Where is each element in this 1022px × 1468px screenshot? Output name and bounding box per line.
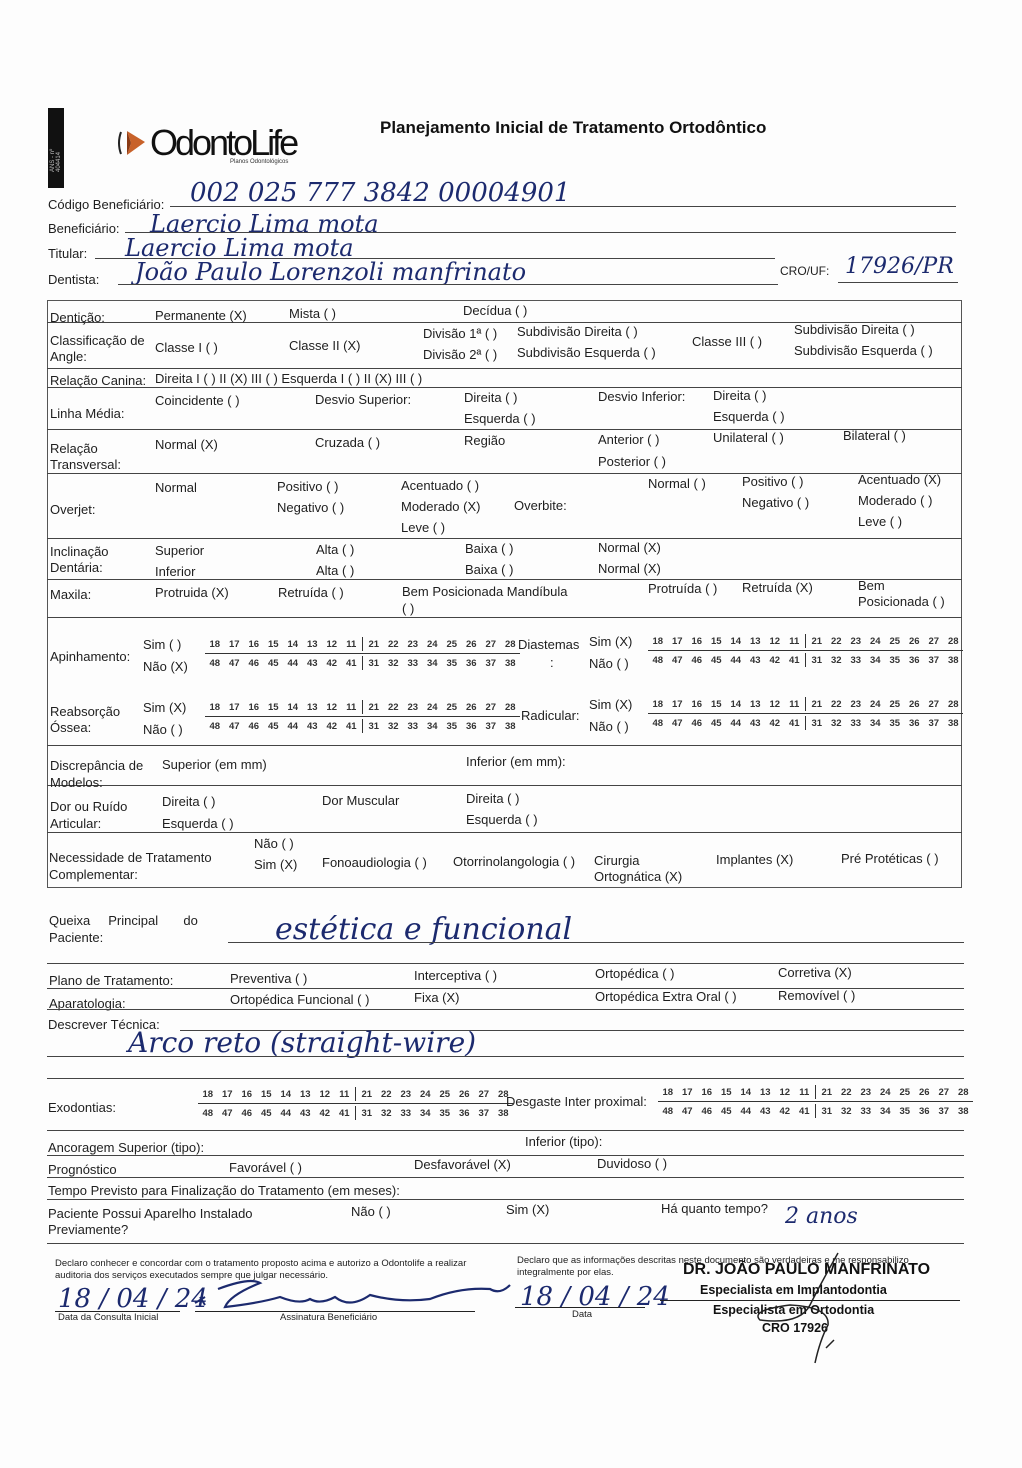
tooth-27[interactable]: 27 [924,699,944,710]
tooth-midline [815,1085,816,1099]
tooth-46[interactable]: 46 [687,655,707,666]
tooth-46[interactable]: 46 [244,721,264,732]
tooth-21[interactable]: 21 [364,639,384,650]
tooth-46[interactable]: 46 [244,658,264,669]
tooth-24[interactable]: 24 [423,639,443,650]
tooth-33[interactable]: 33 [396,1108,416,1119]
checkbox-overjet-negativo[interactable]: Negativo ( ) [277,500,344,515]
checkbox-reabsorcao-sim[interactable]: Sim (X) [143,700,186,715]
tooth-35[interactable]: 35 [435,1108,455,1119]
tooth-17[interactable]: 17 [668,699,688,710]
checkbox-overbite-normal[interactable]: Normal ( ) [648,476,706,491]
tooth-25[interactable]: 25 [442,702,462,713]
checkbox-sup-normal[interactable]: Normal (X) [598,540,661,555]
checkbox-reabsorcao-nao[interactable]: Não ( ) [143,722,183,737]
tooth-41[interactable]: 41 [335,1108,355,1119]
tooth-44[interactable]: 44 [283,658,303,669]
tooth-35[interactable]: 35 [885,718,905,729]
tooth-17[interactable]: 17 [668,636,688,647]
checkbox-maxila-protruida[interactable]: Protruida (X) [155,585,229,600]
checkbox-mista[interactable]: Mista ( ) [289,306,336,321]
tooth-48[interactable]: 48 [658,1106,678,1117]
checkbox-corretiva[interactable]: Corretiva (X) [778,965,852,980]
checkbox-overbite-negativo[interactable]: Negativo ( ) [742,495,809,510]
tooth-22[interactable]: 22 [827,636,847,647]
tooth-43[interactable]: 43 [746,718,766,729]
checkbox-divisao2[interactable]: Divisão 2ª ( ) [423,347,497,362]
ancoragem-inferior-label[interactable]: Inferior (tipo): [525,1134,602,1149]
checkbox-unilateral[interactable]: Unilateral ( ) [713,430,784,445]
tooth-32[interactable]: 32 [384,658,404,669]
tooth-41[interactable]: 41 [795,1106,815,1117]
ha-quanto-tempo-field[interactable]: 2 anos [785,1204,858,1229]
checkbox-subdiv3-esquerda[interactable]: Subdivisão Esquerda ( ) [794,343,933,358]
tooth-22[interactable]: 22 [837,1087,857,1098]
tooth-35[interactable]: 35 [442,721,462,732]
tooth-divider [648,650,963,651]
tooth-22[interactable]: 22 [384,639,404,650]
checkbox-sup-baixa[interactable]: Baixa ( ) [465,541,513,556]
checkbox-sup-direita[interactable]: Direita ( ) [464,390,517,405]
tooth-26[interactable]: 26 [455,1089,475,1100]
tooth-36[interactable]: 36 [905,718,925,729]
tooth-21[interactable]: 21 [807,699,827,710]
tooth-23[interactable]: 23 [403,702,423,713]
checkbox-inf-normal[interactable]: Normal (X) [598,561,661,576]
checkbox-anterior[interactable]: Anterior ( ) [598,432,659,447]
tooth-23[interactable]: 23 [403,639,423,650]
tooth-38[interactable]: 38 [494,1108,514,1119]
tooth-11[interactable]: 11 [785,699,805,710]
tooth-chart-desgaste[interactable]: 18171615141312112122232425262728 4847464… [658,1085,973,1118]
checkbox-inf-direita[interactable]: Direita ( ) [713,388,766,403]
tooth-16[interactable]: 16 [244,639,264,650]
tooth-18[interactable]: 18 [648,699,668,710]
data-consulta-field[interactable]: 18 / 04 / 24 [58,1284,208,1314]
tooth-42[interactable]: 42 [765,655,785,666]
checkbox-cruzada[interactable]: Cruzada ( ) [315,435,380,450]
linha-media-label: Linha Média: [50,406,124,421]
tooth-36[interactable]: 36 [462,658,482,669]
tooth-43[interactable]: 43 [756,1106,776,1117]
checkbox-extra-oral[interactable]: Ortopédica Extra Oral ( ) [595,989,737,1004]
tooth-13[interactable]: 13 [303,639,323,650]
tooth-31[interactable]: 31 [364,658,384,669]
checkbox-aparelho-sim[interactable]: Sim (X) [506,1202,549,1217]
tooth-16[interactable]: 16 [244,702,264,713]
tooth-31[interactable]: 31 [357,1108,377,1119]
tooth-21[interactable]: 21 [807,636,827,647]
checkbox-inf-esquerda[interactable]: Esquerda ( ) [713,409,785,424]
checkbox-maxila-bem-posicionada[interactable]: ( ) [402,601,414,616]
tooth-31[interactable]: 31 [817,1106,837,1117]
checkbox-overbite-leve[interactable]: Leve ( ) [858,514,902,529]
checkbox-classe2[interactable]: Classe II (X) [289,338,361,353]
tooth-28[interactable]: 28 [954,1087,974,1098]
tooth-48[interactable]: 48 [648,718,668,729]
checkbox-complementar-sim[interactable]: Sim (X) [254,857,297,872]
tooth-13[interactable]: 13 [746,636,766,647]
checkbox-muscular-direita[interactable]: Direita ( ) [466,791,519,806]
tooth-35[interactable]: 35 [442,658,462,669]
checkbox-diastemas-nao[interactable]: Não ( ) [589,656,629,671]
tooth-31[interactable]: 31 [807,655,827,666]
checkbox-duvidoso[interactable]: Duvidoso ( ) [597,1156,667,1171]
tooth-46[interactable]: 46 [697,1106,717,1117]
checkbox-fonoaudiologia[interactable]: Fonoaudiologia ( ) [322,855,427,870]
checkbox-maxila-retruida[interactable]: Retruída ( ) [278,585,344,600]
tooth-28[interactable]: 28 [944,699,964,710]
tooth-32[interactable]: 32 [837,1106,857,1117]
tooth-38[interactable]: 38 [944,718,964,729]
checkbox-decidua[interactable]: Decídua ( ) [463,303,527,318]
checkbox-preventiva[interactable]: Preventiva ( ) [230,971,307,986]
checkbox-apinhamento-nao[interactable]: Não (X) [143,659,188,674]
tooth-43[interactable]: 43 [303,658,323,669]
tooth-15[interactable]: 15 [707,636,727,647]
tooth-24[interactable]: 24 [423,702,443,713]
tooth-21[interactable]: 21 [357,1089,377,1100]
tooth-48[interactable]: 48 [205,721,225,732]
tooth-18[interactable]: 18 [658,1087,678,1098]
tooth-17[interactable]: 17 [678,1087,698,1098]
tooth-33[interactable]: 33 [403,658,423,669]
tooth-26[interactable]: 26 [462,639,482,650]
tooth-41[interactable]: 41 [785,718,805,729]
tooth-42[interactable]: 42 [322,721,342,732]
tooth-45[interactable]: 45 [264,721,284,732]
tooth-23[interactable]: 23 [856,1087,876,1098]
tooth-45[interactable]: 45 [264,658,284,669]
tooth-25[interactable]: 25 [435,1089,455,1100]
tooth-32[interactable]: 32 [384,721,404,732]
checkbox-subdiv3-direita[interactable]: Subdivisão Direita ( ) [794,322,915,337]
tooth-13[interactable]: 13 [756,1087,776,1098]
tooth-37[interactable]: 37 [924,718,944,729]
tooth-15[interactable]: 15 [264,639,284,650]
tooth-16[interactable]: 16 [237,1089,257,1100]
tooth-25[interactable]: 25 [442,639,462,650]
tooth-18[interactable]: 18 [198,1089,218,1100]
tooth-22[interactable]: 22 [377,1089,397,1100]
tooth-14[interactable]: 14 [283,639,303,650]
tooth-47[interactable]: 47 [225,721,245,732]
tooth-45[interactable]: 45 [717,1106,737,1117]
checkbox-ortopedica[interactable]: Ortopédica ( ) [595,966,674,981]
tooth-43[interactable]: 43 [303,721,323,732]
inclinacao-inferior-label: Inferior [155,564,195,579]
tooth-24[interactable]: 24 [866,699,886,710]
tooth-12[interactable]: 12 [322,702,342,713]
tooth-33[interactable]: 33 [846,718,866,729]
tooth-26[interactable]: 26 [915,1087,935,1098]
tooth-13[interactable]: 13 [303,702,323,713]
apinhamento-label: Apinhamento: [50,649,130,664]
tooth-22[interactable]: 22 [827,699,847,710]
tooth-chart-radicular[interactable]: 18171615141312112122232425262728 4847464… [648,697,963,730]
diastemas-colon: : [550,655,554,670]
tooth-26[interactable]: 26 [462,702,482,713]
tooth-31[interactable]: 31 [364,721,384,732]
tooth-chart-apinhamento[interactable]: 18171615141312112122232425262728 4847464… [205,637,520,670]
tooth-27[interactable]: 27 [481,702,501,713]
tooth-12[interactable]: 12 [775,1087,795,1098]
tooth-44[interactable]: 44 [726,718,746,729]
checkbox-ortopedica-funcional[interactable]: Ortopédica Funcional ( ) [230,992,369,1007]
tooth-11[interactable]: 11 [342,702,362,713]
tooth-27[interactable]: 27 [924,636,944,647]
checkbox-articular-direita[interactable]: Direita ( ) [162,794,215,809]
checkbox-overbite-acentuado[interactable]: Acentuado (X) [858,472,941,487]
checkbox-permanente[interactable]: Permanente (X) [155,308,247,323]
tooth-32[interactable]: 32 [377,1108,397,1119]
tooth-row-lower: 48474645444342413132333435363738 [205,719,520,733]
tooth-43[interactable]: 43 [746,655,766,666]
divider [47,1177,964,1178]
checkbox-subdiv-direita[interactable]: Subdivisão Direita ( ) [517,324,638,339]
tooth-41[interactable]: 41 [785,655,805,666]
tooth-36[interactable]: 36 [915,1106,935,1117]
discrepancia-inferior-label[interactable]: Inferior (em mm): [466,754,566,769]
tooth-24[interactable]: 24 [416,1089,436,1100]
tooth-38[interactable]: 38 [954,1106,974,1117]
checkbox-mandibula-bem-posicionada[interactable]: Posicionada ( ) [858,594,945,609]
checkbox-sup-esquerda[interactable]: Esquerda ( ) [464,411,536,426]
tooth-35[interactable]: 35 [885,655,905,666]
checkbox-sup-alta[interactable]: Alta ( ) [316,542,354,557]
checkbox-complementar-nao[interactable]: Não ( ) [254,836,294,851]
tooth-27[interactable]: 27 [934,1087,954,1098]
tooth-divider [205,653,520,654]
checkbox-removivel[interactable]: Removível ( ) [778,988,855,1003]
tooth-44[interactable]: 44 [726,655,746,666]
tooth-21[interactable]: 21 [817,1087,837,1098]
tooth-25[interactable]: 25 [885,699,905,710]
tooth-26[interactable]: 26 [905,636,925,647]
checkbox-subdiv-esquerda[interactable]: Subdivisão Esquerda ( ) [517,345,656,360]
checkbox-inf-alta[interactable]: Alta ( ) [316,563,354,578]
tooth-37[interactable]: 37 [924,655,944,666]
tooth-37[interactable]: 37 [481,721,501,732]
codigo-field[interactable]: 002 025 777 3842 00004901 [190,178,570,208]
tooth-22[interactable]: 22 [384,702,404,713]
tooth-15[interactable]: 15 [257,1089,277,1100]
checkbox-radicular-nao[interactable]: Não ( ) [589,719,629,734]
tooth-14[interactable]: 14 [726,636,746,647]
divider [47,579,962,580]
checkbox-apinhamento-sim[interactable]: Sim ( ) [143,637,181,652]
tooth-13[interactable]: 13 [296,1089,316,1100]
tooth-13[interactable]: 13 [746,699,766,710]
checkbox-mandibula-retruida[interactable]: Retruída (X) [742,580,813,595]
tooth-44[interactable]: 44 [276,1108,296,1119]
tooth-47[interactable]: 47 [678,1106,698,1117]
tooth-42[interactable]: 42 [322,658,342,669]
tooth-34[interactable]: 34 [866,655,886,666]
checkbox-overbite-moderado[interactable]: Moderado ( ) [858,493,932,508]
tooth-47[interactable]: 47 [668,718,688,729]
tooth-14[interactable]: 14 [283,702,303,713]
tooth-18[interactable]: 18 [648,636,668,647]
tooth-37[interactable]: 37 [474,1108,494,1119]
tooth-16[interactable]: 16 [697,1087,717,1098]
tooth-27[interactable]: 27 [481,639,501,650]
tooth-14[interactable]: 14 [726,699,746,710]
tooth-23[interactable]: 23 [396,1089,416,1100]
checkbox-classe1[interactable]: Classe I ( ) [155,340,218,355]
tooth-16[interactable]: 16 [687,699,707,710]
tooth-37[interactable]: 37 [481,658,501,669]
tooth-chart-diastemas[interactable]: 18171615141312112122232425262728 4847464… [648,634,963,667]
checkbox-posterior[interactable]: Posterior ( ) [598,454,666,469]
checkbox-inf-baixa[interactable]: Baixa ( ) [465,562,513,577]
checkbox-bilateral[interactable]: Bilateral ( ) [843,428,906,443]
checkbox-overjet-leve[interactable]: Leve ( ) [401,520,445,535]
tooth-24[interactable]: 24 [876,1087,896,1098]
tooth-25[interactable]: 25 [885,636,905,647]
tooth-42[interactable]: 42 [765,718,785,729]
discrepancia-superior-label[interactable]: Superior (em mm) [162,757,267,772]
tooth-23[interactable]: 23 [846,636,866,647]
checkbox-diastemas-sim[interactable]: Sim (X) [589,634,632,649]
checkbox-favoravel[interactable]: Favorável ( ) [229,1160,302,1175]
tooth-32[interactable]: 32 [827,655,847,666]
tooth-12[interactable]: 12 [765,699,785,710]
tooth-11[interactable]: 11 [785,636,805,647]
tooth-44[interactable]: 44 [283,721,303,732]
tooth-27[interactable]: 27 [474,1089,494,1100]
tooth-11[interactable]: 11 [342,639,362,650]
tooth-16[interactable]: 16 [687,636,707,647]
tooth-42[interactable]: 42 [775,1106,795,1117]
tooth-46[interactable]: 46 [687,718,707,729]
tooth-14[interactable]: 14 [736,1087,756,1098]
discrepancia-label: Discrepância de Modelos: [50,757,155,791]
tooth-42[interactable]: 42 [315,1108,335,1119]
tooth-14[interactable]: 14 [276,1089,296,1100]
tooth-45[interactable]: 45 [707,718,727,729]
tooth-36[interactable]: 36 [905,655,925,666]
tooth-38[interactable]: 38 [501,721,521,732]
tooth-34[interactable]: 34 [416,1108,436,1119]
checkbox-fixa[interactable]: Fixa (X) [414,990,460,1005]
tooth-45[interactable]: 45 [257,1108,277,1119]
tooth-36[interactable]: 36 [455,1108,475,1119]
tooth-23[interactable]: 23 [846,699,866,710]
cro-field[interactable]: 17926/PR [845,254,954,279]
checkbox-implantes[interactable]: Implantes (X) [716,852,793,867]
tooth-17[interactable]: 17 [218,1089,238,1100]
checkbox-muscular-esquerda[interactable]: Esquerda ( ) [466,812,538,827]
checkbox-interceptiva[interactable]: Interceptiva ( ) [414,968,497,983]
checkbox-coincidente[interactable]: Coincidente ( ) [155,393,240,408]
tooth-17[interactable]: 17 [225,639,245,650]
tooth-11[interactable]: 11 [335,1089,355,1100]
tooth-32[interactable]: 32 [827,718,847,729]
tooth-47[interactable]: 47 [218,1108,238,1119]
tooth-33[interactable]: 33 [846,655,866,666]
tooth-48[interactable]: 48 [205,658,225,669]
tooth-33[interactable]: 33 [403,721,423,732]
tooth-36[interactable]: 36 [462,721,482,732]
tooth-41[interactable]: 41 [342,658,362,669]
tooth-46[interactable]: 46 [237,1108,257,1119]
tooth-12[interactable]: 12 [765,636,785,647]
checkbox-aparelho-nao[interactable]: Não ( ) [351,1204,391,1219]
checkbox-overjet-acentuado[interactable]: Acentuado ( ) [401,478,479,493]
tooth-34[interactable]: 34 [876,1106,896,1117]
tooth-48[interactable]: 48 [648,655,668,666]
checkbox-overjet-positivo[interactable]: Positivo ( ) [277,479,338,494]
tempo-previsto-label[interactable]: Tempo Previsto para Finalização do Trata… [48,1183,400,1198]
tooth-12[interactable]: 12 [322,639,342,650]
tooth-31[interactable]: 31 [807,718,827,729]
inclinacao-label: Inclinação Dentária: [50,544,140,576]
checkbox-desfavoravel[interactable]: Desfavorável (X) [414,1157,511,1172]
tooth-15[interactable]: 15 [264,702,284,713]
tooth-34[interactable]: 34 [423,658,443,669]
tooth-33[interactable]: 33 [856,1106,876,1117]
dentist-signature[interactable] [740,1245,860,1370]
tooth-48[interactable]: 48 [198,1108,218,1119]
tooth-24[interactable]: 24 [866,636,886,647]
tooth-18[interactable]: 18 [205,702,225,713]
tooth-47[interactable]: 47 [225,658,245,669]
tooth-15[interactable]: 15 [717,1087,737,1098]
checkbox-otorrino[interactable]: Otorrinolangologia ( ) [453,854,575,869]
checkbox-radicular-sim[interactable]: Sim (X) [589,697,632,712]
tooth-12[interactable]: 12 [315,1089,335,1100]
tooth-chart-exodontias[interactable]: 18171615141312112122232425262728 4847464… [198,1087,513,1120]
tooth-38[interactable]: 38 [944,655,964,666]
checkbox-overjet-moderado[interactable]: Moderado (X) [401,499,480,514]
checkbox-cirurgia-ortognatica[interactable]: Ortognática (X) [594,869,682,884]
tooth-25[interactable]: 25 [895,1087,915,1098]
tooth-38[interactable]: 38 [501,658,521,669]
divider [47,387,962,388]
checkbox-pre-proteticas[interactable]: Pré Protéticas ( ) [841,851,939,866]
tooth-21[interactable]: 21 [364,702,384,713]
checkbox-articular-esquerda[interactable]: Esquerda ( ) [162,816,234,831]
tooth-34[interactable]: 34 [866,718,886,729]
tooth-47[interactable]: 47 [668,655,688,666]
canina-options[interactable]: Direita I ( ) II (X) III ( ) Esquerda I … [155,371,422,386]
dentista-field[interactable]: João Paulo Lorenzoli manfrinato [135,258,526,286]
tooth-15[interactable]: 15 [707,699,727,710]
tecnica-field[interactable]: Arco reto (straight-wire) [128,1026,476,1059]
checkbox-divisao1[interactable]: Divisão 1ª ( ) [423,326,497,341]
tooth-44[interactable]: 44 [736,1106,756,1117]
checkbox-overbite-positivo[interactable]: Positivo ( ) [742,474,803,489]
tooth-43[interactable]: 43 [296,1108,316,1119]
tooth-45[interactable]: 45 [707,655,727,666]
tooth-34[interactable]: 34 [423,721,443,732]
checkbox-classe3[interactable]: Classe III ( ) [692,334,762,349]
tooth-28[interactable]: 28 [944,636,964,647]
tooth-chart-reabsorcao[interactable]: 18171615141312112122232425262728 4847464… [205,700,520,733]
tooth-17[interactable]: 17 [225,702,245,713]
checkbox-mandibula-protruida[interactable]: Protruída ( ) [648,581,717,596]
tooth-11[interactable]: 11 [795,1087,815,1098]
tooth-41[interactable]: 41 [342,721,362,732]
checkbox-transversal-normal[interactable]: Normal (X) [155,437,218,452]
tooth-35[interactable]: 35 [895,1106,915,1117]
ancoragem-superior-label[interactable]: Ancoragem Superior (tipo): [48,1140,204,1155]
tooth-28[interactable]: 28 [501,702,521,713]
tooth-18[interactable]: 18 [205,639,225,650]
tooth-26[interactable]: 26 [905,699,925,710]
tooth-37[interactable]: 37 [934,1106,954,1117]
